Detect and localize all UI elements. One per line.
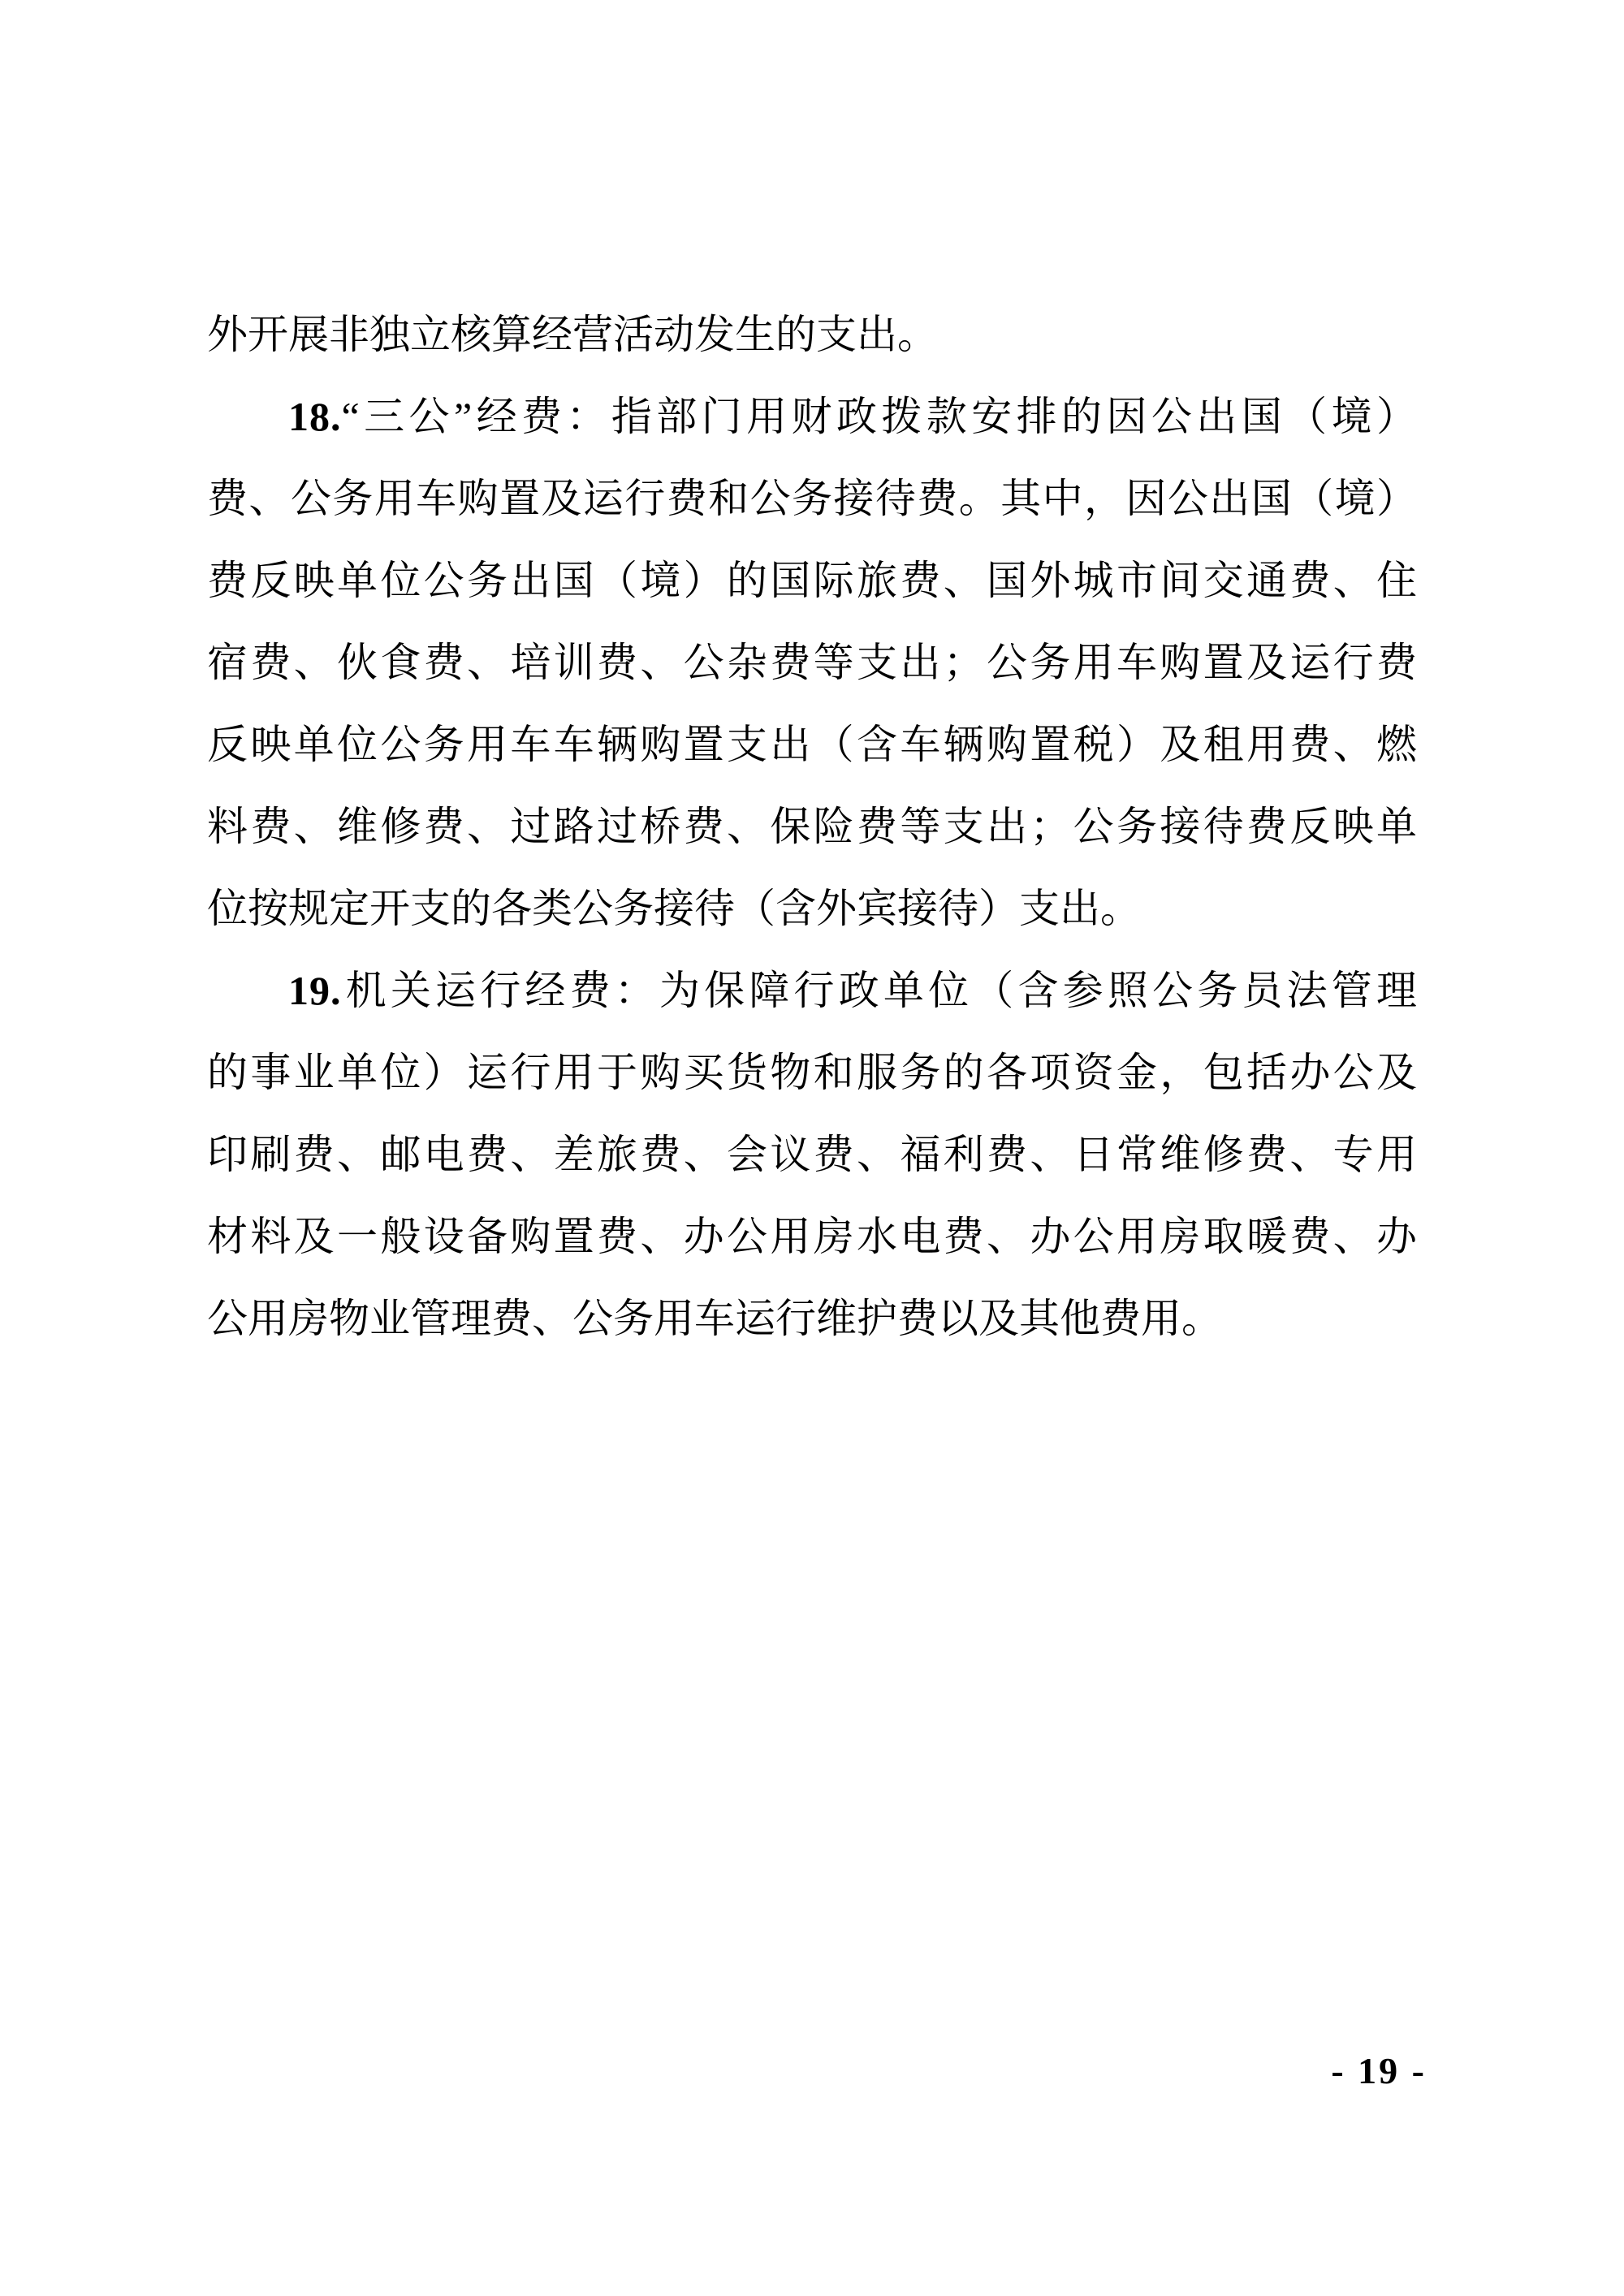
text-line: 19.机关运行经费：为保障行政单位（含参照公务员法管理	[207, 950, 1417, 1032]
text-line: 宿费、伙食费、培训费、公杂费等支出；公务用车购置及运行费	[207, 622, 1417, 704]
document-page: 外开展非独立核算经营活动发生的支出。18.“三公”经费：指部门用财政拨款安排的因…	[0, 0, 1624, 2296]
text-line: 18.“三公”经费：指部门用财政拨款安排的因公出国（境）	[207, 376, 1417, 458]
text-line: 料费、维修费、过路过桥费、保险费等支出；公务接待费反映单	[207, 786, 1417, 868]
document-body: 外开展非独立核算经营活动发生的支出。18.“三公”经费：指部门用财政拨款安排的因…	[207, 294, 1417, 1360]
text-line: 反映单位公务用车车辆购置支出（含车辆购置税）及租用费、燃	[207, 704, 1417, 786]
page-number: - 19 -	[1331, 2049, 1427, 2092]
text-line: 印刷费、邮电费、差旅费、会议费、福利费、日常维修费、专用	[207, 1114, 1417, 1196]
text-line: 费、公务用车购置及运行费和公务接待费。其中，因公出国（境）	[207, 458, 1417, 540]
paragraph-number: 18.	[288, 394, 342, 439]
text-line: 的事业单位）运行用于购买货物和服务的各项资金，包括办公及	[207, 1032, 1417, 1114]
text-line: 费反映单位公务出国（境）的国际旅费、国外城市间交通费、住	[207, 540, 1417, 622]
text-line: 材料及一般设备购置费、办公用房水电费、办公用房取暖费、办	[207, 1196, 1417, 1278]
paragraph-number: 19.	[288, 968, 342, 1013]
text-line: 公用房物业管理费、公务用车运行维护费以及其他费用。	[207, 1278, 1417, 1360]
text-line: 外开展非独立核算经营活动发生的支出。	[207, 294, 1417, 376]
text-line: 位按规定开支的各类公务接待（含外宾接待）支出。	[207, 868, 1417, 950]
